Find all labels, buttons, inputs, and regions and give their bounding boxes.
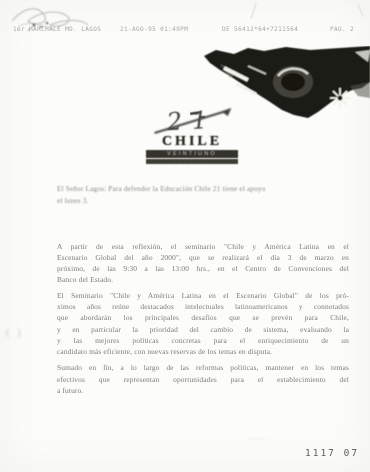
fax-header-id: DE 56412*64+7211564 [222,26,298,33]
logo-digits: 21 [145,106,238,138]
logo-subtitle-band: VEINTIUNO [146,150,238,158]
bottom-smudge: ——– ·· [247,436,274,442]
scan-artifact-slash [251,3,257,19]
ink-smudge [4,1,124,42]
text-line: a futuro. [57,385,349,397]
text-line: próximo, de las 9:30 a las 13:00 hrs., e… [57,263,349,274]
text-line: y en particular la prioridad del cambio … [57,324,349,335]
text-line: Banco del Estado. [57,274,349,285]
paragraph-2: El Seminario "Chile y América Latina en … [57,290,349,357]
text-line: efectivos que representan oportunidades … [57,374,349,386]
fax-header-datetime: 21-AGO-95 01:49PM [120,26,188,33]
archive-number-stamp: 1117 07 [305,448,359,459]
logo-country-name: CHILE [146,135,238,149]
paragraph-3: Sumado en fin, a lo largo de las reforma… [57,362,349,397]
fax-header-page: PAG. 2 [330,26,354,33]
text-line: A partir de esta reflexión, el seminario… [57,241,349,252]
caption-line: el lunes 3. [57,195,357,207]
margin-smudge: ( ) [6,325,23,340]
text-line: que abordarán los principales desafíos q… [57,312,349,323]
text-line: El Seminario "Chile y América Latina en … [57,290,349,301]
fax-header-from: 1er MARCHALE MD. LAGOS [13,26,101,33]
chile21-logo: 21 CHILE VEINTIUNO · · · · · · · [146,108,238,164]
logo-lower-band: · · · · · · · [146,159,238,164]
text-line: ximos años reúne destacados intelectuale… [57,301,349,312]
text-line: Escenario Global del año 2000", que se r… [57,252,349,263]
scanned-fax-page: 1er MARCHALE MD. LAGOS 21-AGO-95 01:49PM… [0,0,370,472]
logo-arrow-icon [145,106,238,138]
scan-artifact-edge [357,3,363,16]
caption-block: El Señor Lagos: Para defender la Educaci… [57,183,357,207]
paragraph-1: A partir de esta reflexión, el seminario… [57,241,349,285]
text-line: candidato más eficiente, con nuevas rese… [57,346,349,357]
caption-line: El Señor Lagos: Para defender la Educaci… [57,183,357,195]
text-line: y las mejores políticas concretas para e… [57,335,349,346]
text-line: Sumado en fin, a lo largo de las reforma… [57,362,349,374]
